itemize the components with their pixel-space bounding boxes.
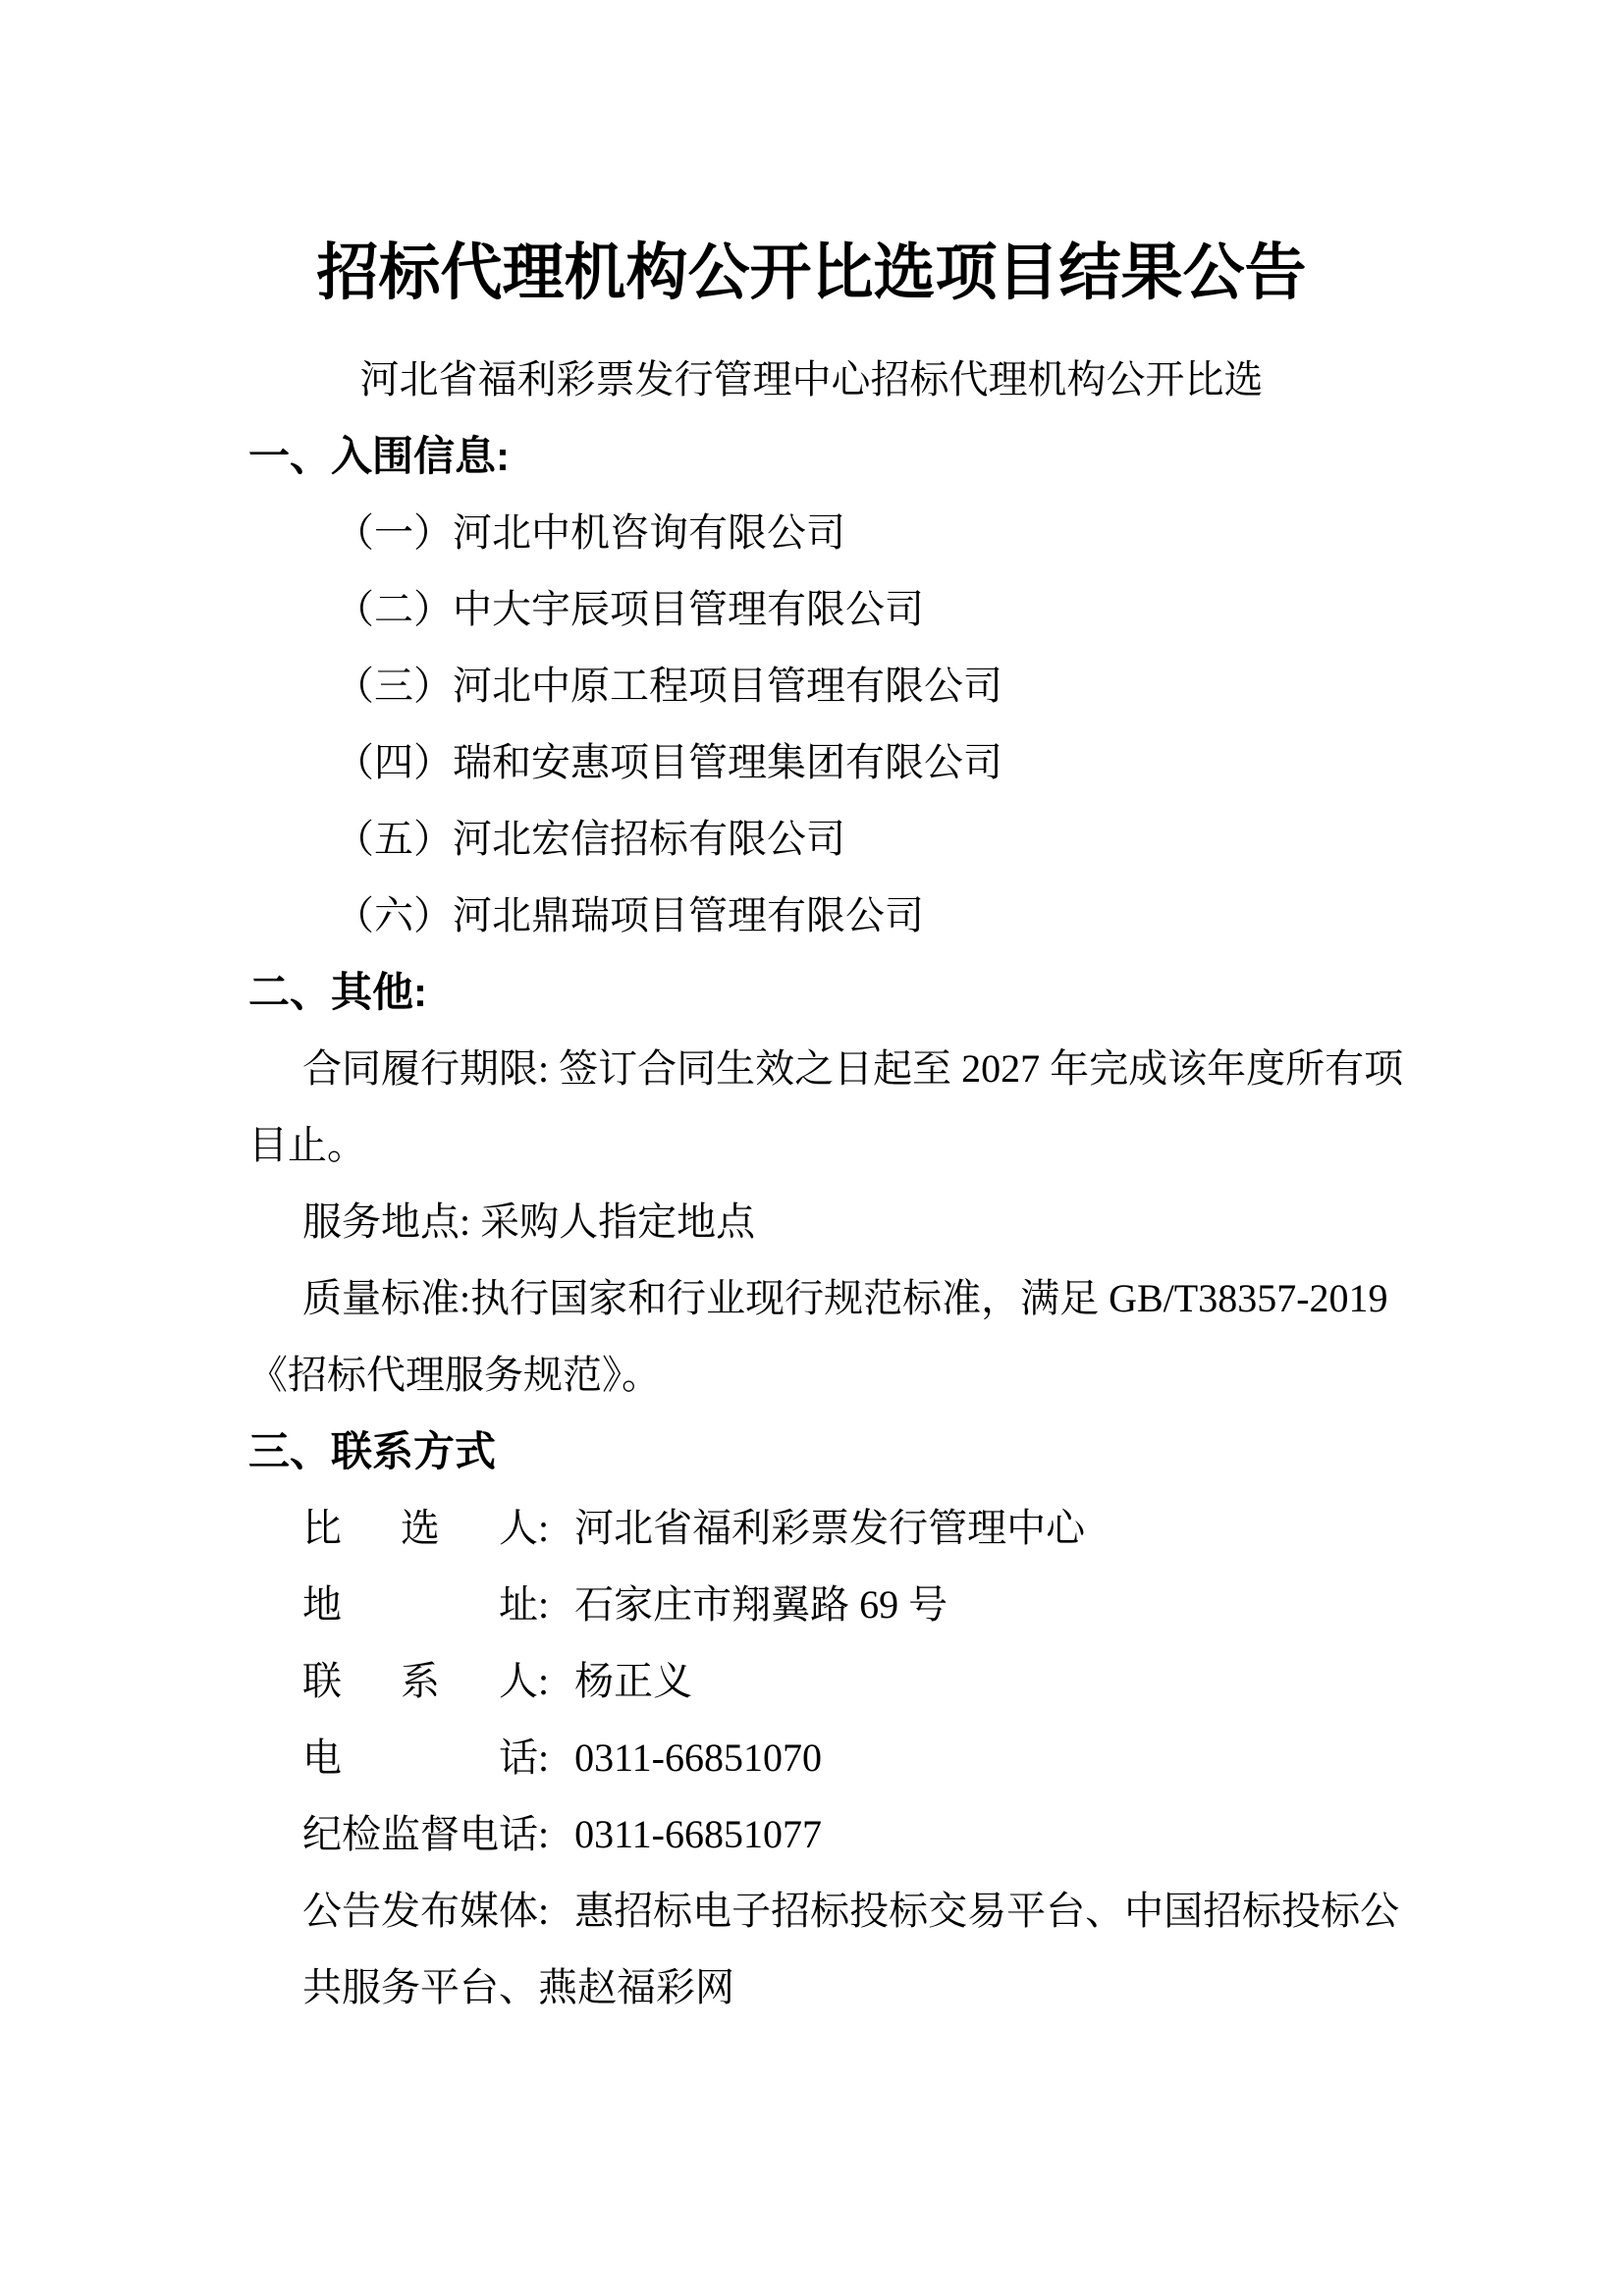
contact-row-supervision-phone: 纪检监督电话:0311-66851077 [302,1796,1375,1873]
contact-value-contact-person: 杨正义 [574,1659,692,1703]
contact-label-media: 公告发布媒体 [302,1873,538,1949]
list-item-enrollee-6: （六）河北鼎瑞项目管理有限公司 [335,878,1375,954]
contact-colon: : [538,1873,549,1949]
document-subtitle: 河北省福利彩票发行管理中心招标代理机构公开比选 [248,342,1375,418]
contact-row-address: 地址:石家庄市翔翼路 69 号 [302,1567,1375,1643]
list-item-enrollee-3: （三）河北中原工程项目管理有限公司 [335,648,1375,724]
contract-period-line-1: 合同履行期限: 签订合同生效之日起至 2027 年完成该年度所有项 [248,1031,1375,1107]
quality-standard-line-1: 质量标准:执行国家和行业现行规范标准，满足 GB/T38357-2019 [248,1260,1375,1337]
contact-colon: : [538,1720,549,1796]
list-item-enrollee-2: （二）中大宇辰项目管理有限公司 [335,571,1375,648]
contact-colon: : [538,1796,549,1873]
contact-colon: : [538,1567,549,1643]
section2-heading: 二、其他: [248,954,1375,1031]
quality-standard-line-2: 《招标代理服务规范》。 [248,1337,1375,1414]
contract-period-line-2: 目止。 [248,1107,1375,1184]
document-page: 招标代理机构公开比选项目结果公告 河北省福利彩票发行管理中心招标代理机构公开比选… [0,0,1624,2296]
contact-value-supervision-phone: 0311-66851077 [574,1812,822,1856]
contact-colon: : [538,1643,549,1720]
contact-row-contact-person: 联系人:杨正义 [302,1643,1375,1720]
document-title: 招标代理机构公开比选项目结果公告 [248,224,1375,322]
section1-heading: 一、入围信息: [248,418,1375,495]
service-location: 服务地点: 采购人指定地点 [248,1184,1375,1260]
contact-colon: : [538,1490,549,1567]
contact-block: 比选人:河北省福利彩票发行管理中心 地址:石家庄市翔翼路 69 号 联系人:杨正… [302,1490,1375,2026]
list-item-enrollee-5: （五）河北宏信招标有限公司 [335,801,1375,878]
contact-value-media-line-1: 惠招标电子招标投标交易平台、中国招标投标公 [574,1889,1399,1933]
contact-label-selector: 比选人 [302,1490,538,1567]
contact-row-phone: 电话:0311-66851070 [302,1720,1375,1796]
contact-value-media-line-2: 共服务平台、燕赵福彩网 [302,1949,1375,2026]
contact-value-selector: 河北省福利彩票发行管理中心 [574,1506,1085,1550]
contact-label-supervision-phone: 纪检监督电话 [302,1796,538,1873]
contact-value-phone: 0311-66851070 [574,1735,822,1780]
list-item-enrollee-4: （四）瑞和安惠项目管理集团有限公司 [335,724,1375,801]
contact-label-address: 地址 [302,1567,538,1643]
section3-heading: 三、联系方式 [248,1414,1375,1490]
contact-label-contact-person: 联系人 [302,1643,538,1720]
contact-row-selector: 比选人:河北省福利彩票发行管理中心 [302,1490,1375,1567]
contact-row-media: 公告发布媒体:惠招标电子招标投标交易平台、中国招标投标公 [302,1873,1375,1949]
list-item-enrollee-1: （一）河北中机咨询有限公司 [335,495,1375,571]
contact-label-phone: 电话 [302,1720,538,1796]
contact-value-address: 石家庄市翔翼路 69 号 [574,1582,947,1627]
